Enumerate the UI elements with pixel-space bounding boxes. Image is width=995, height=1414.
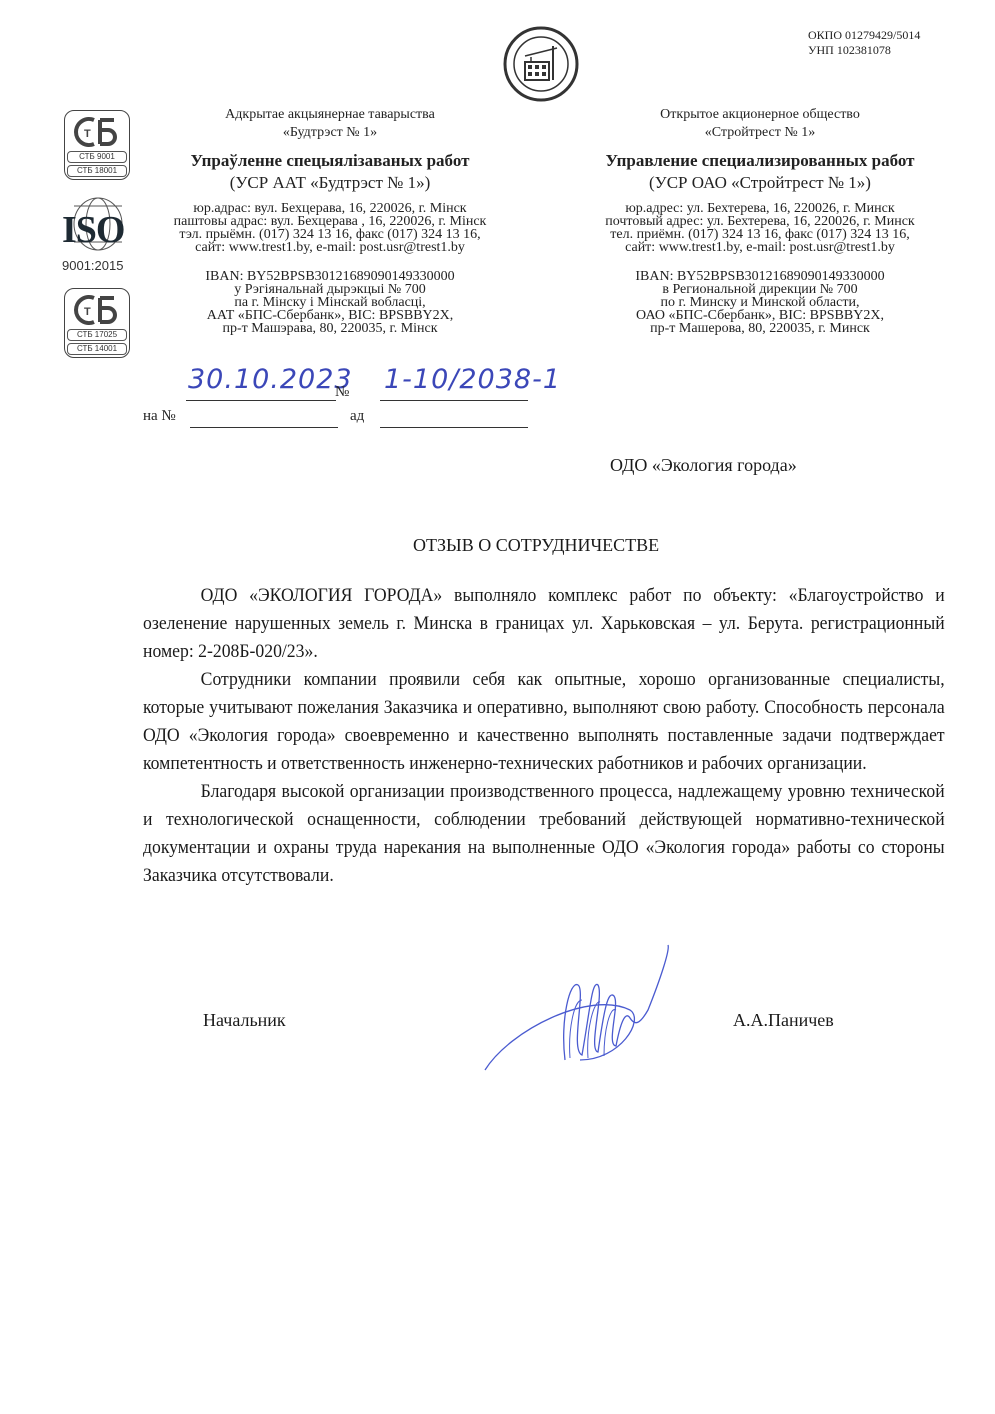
signer-position: Начальник <box>203 1010 286 1031</box>
letterhead-left-belarusian: Адкрытае акцыянернае таварыства «Будтрэс… <box>140 106 520 335</box>
date-underline <box>186 400 336 401</box>
registration-date: 30.10.2023 <box>188 364 353 395</box>
okpo-code: ОКПО 01279429/5014 <box>808 28 920 43</box>
signer-name: А.А.Паничев <box>733 1010 834 1031</box>
reference-date-underline <box>380 427 528 428</box>
body-paragraph: Благодаря высокой организации производст… <box>143 778 945 890</box>
document-title: ОТЗЫВ О СОТРУДНИЧЕСТВЕ <box>413 535 659 556</box>
letterhead-right-russian: Открытое акционерное общество «Стройтрес… <box>560 106 960 335</box>
registry-codes: ОКПО 01279429/5014 УНП 102381078 <box>808 28 920 58</box>
body-paragraph: ОДО «ЭКОЛОГИЯ ГОРОДА» выполняло комплекс… <box>143 582 945 666</box>
org-name-ru: Управление специализированных работ <box>560 150 960 172</box>
unp-code: УНП 102381078 <box>808 43 920 58</box>
svg-text:Т: Т <box>84 306 91 318</box>
registration-number: 1-10/2038-1 <box>384 364 561 395</box>
number-sign: № <box>335 384 349 401</box>
handwritten-signature-icon <box>470 940 680 1090</box>
stb-9001-certification-icon: Т СТБ 9001 СТБ 18001 <box>64 110 134 180</box>
letter-body: ОДО «ЭКОЛОГИЯ ГОРОДА» выполняло комплекс… <box>143 582 945 890</box>
iso-certification-icon: ISO 9001:2015 <box>60 196 140 276</box>
reference-label: на № <box>143 408 176 425</box>
org-name-be: Упраўленне спецыялізаваных работ <box>140 150 520 172</box>
stb-17025-certification-icon: Т СТБ 17025 СТБ 14001 <box>64 288 134 358</box>
recipient: ОДО «Экология города» <box>610 455 797 476</box>
body-paragraph: Сотрудники компании проявили себя как оп… <box>143 666 945 778</box>
company-seal-icon <box>503 26 579 102</box>
reference-number-underline <box>190 427 338 428</box>
svg-text:Т: Т <box>84 128 91 140</box>
number-underline <box>380 400 528 401</box>
reference-from-label: ад <box>350 408 364 425</box>
